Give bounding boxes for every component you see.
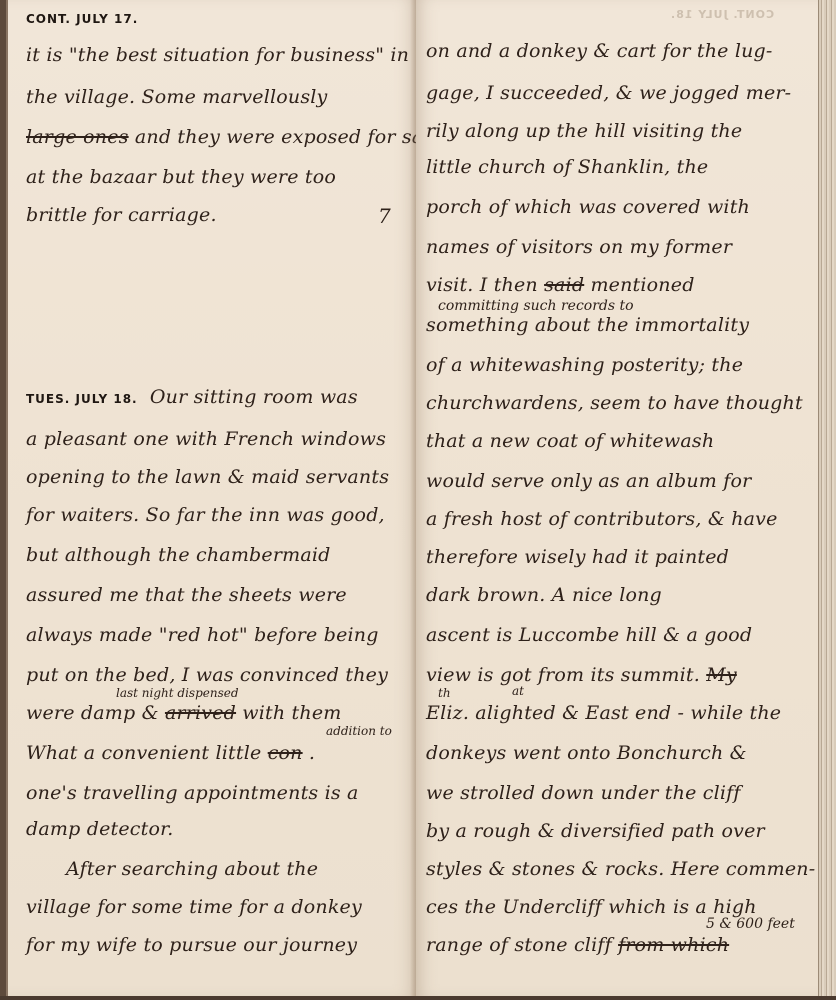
- text-line: village for some time for a donkey: [26, 896, 398, 918]
- text-fragment: .: [303, 742, 315, 764]
- text-line: ces the Undercliff which is a high: [426, 896, 800, 918]
- text-line: one's travelling appointments is a: [26, 782, 398, 804]
- text-line: a pleasant one with French windows: [26, 428, 398, 450]
- page-block-edge: [818, 0, 836, 1000]
- text-line-struck: visit. I then said mentioned: [426, 274, 800, 296]
- text-fragment: visit. I then: [426, 274, 544, 296]
- bleed-through-header: CONT. JULY 18.: [670, 8, 774, 21]
- interlinear-insertion: 5 & 600 feet: [706, 916, 795, 932]
- text-line-struck: What a convenient little con .: [26, 742, 398, 764]
- text-line: little church of Shanklin, the: [426, 156, 800, 178]
- text-line: by a rough & diversified path over: [426, 820, 800, 842]
- text-fragment: mentioned: [584, 274, 694, 296]
- text-line: always made "red hot" before being: [26, 624, 398, 646]
- entry-first-line: TUES. JULY 18. Our sitting room was: [26, 386, 398, 408]
- diary-spread: CONT. JULY 17. it is "the best situation…: [0, 0, 836, 1000]
- text-line: for waiters. So far the inn was good,: [26, 504, 398, 526]
- interlinear-insertion: at: [512, 684, 524, 698]
- text-fragment: with them: [236, 702, 341, 724]
- text-fragment: What a convenient little: [26, 742, 268, 764]
- text-fragment: range of stone cliff: [426, 934, 618, 956]
- text-line: would serve only as an album for: [426, 470, 800, 492]
- text-line: on and a donkey & cart for the lug-: [426, 40, 800, 62]
- text-line-struck: were damp & arrived with them: [26, 702, 398, 724]
- struck-text: con: [268, 742, 303, 764]
- text-line: donkeys went onto Bonchurch &: [426, 742, 800, 764]
- text-line: it is "the best situation for business" …: [26, 44, 398, 66]
- text-line: brittle for carriage.: [26, 204, 398, 226]
- text-line: that a new coat of whitewash: [426, 430, 800, 452]
- text-line: Eliz. alighted & East end - while the: [426, 702, 800, 724]
- text-line: rily along up the hill visiting the: [426, 120, 800, 142]
- text-line: the village. Some marvellously: [26, 86, 398, 108]
- page-number: 7: [378, 204, 391, 228]
- text-line: ascent is Luccombe hill & a good: [426, 624, 800, 646]
- text-line-struck: range of stone cliff from which: [426, 934, 800, 956]
- struck-text: said: [544, 274, 584, 296]
- text-line: therefore wisely had it painted: [426, 546, 800, 568]
- text-line: but although the chambermaid: [26, 544, 398, 566]
- text-fragment: Our sitting room was: [150, 386, 358, 408]
- text-fragment: were damp &: [26, 702, 165, 724]
- text-line: damp detector.: [26, 818, 398, 840]
- text-fragment: view is got from its summit.: [426, 664, 706, 686]
- text-fragment: and they were exposed for sale: [129, 126, 442, 148]
- superscript-th: th: [438, 686, 451, 700]
- interlinear-insertion: committing such records to: [438, 298, 634, 314]
- text-line: porch of which was covered with: [426, 196, 800, 218]
- text-line: styles & stones & rocks. Here commen-: [426, 858, 800, 880]
- entry-date-header: TUES. JULY 18.: [26, 392, 138, 406]
- text-line: names of visitors on my former: [426, 236, 800, 258]
- struck-text: My: [706, 664, 737, 686]
- text-line: put on the bed, I was convinced they: [26, 664, 398, 686]
- struck-text: from which: [618, 934, 729, 956]
- text-line: After searching about the: [26, 858, 398, 880]
- text-line: we strolled down under the cliff: [426, 782, 800, 804]
- text-line: assured me that the sheets were: [26, 584, 398, 606]
- left-page: CONT. JULY 17. it is "the best situation…: [6, 0, 416, 996]
- struck-text: large ones: [26, 126, 129, 148]
- text-line-struck: view is got from its summit. My: [426, 664, 800, 686]
- text-line: gage, I succeeded, & we jogged mer-: [426, 82, 800, 104]
- text-line: something about the immortality: [426, 314, 800, 336]
- right-page: CONT. JULY 18. on and a donkey & cart fo…: [416, 0, 818, 996]
- text-line: a fresh host of contributors, & have: [426, 508, 800, 530]
- text-line: for my wife to pursue our journey: [26, 934, 398, 956]
- text-line: opening to the lawn & maid servants: [26, 466, 398, 488]
- struck-text: arrived: [165, 702, 236, 724]
- left-page-header-line: CONT. JULY 17.: [26, 6, 398, 28]
- text-line: churchwardens, seem to have thought: [426, 392, 800, 414]
- interlinear-insertion: last night dispensed: [116, 686, 239, 700]
- interlinear-insertion: addition to: [326, 724, 392, 738]
- left-page-header: CONT. JULY 17.: [26, 12, 138, 26]
- text-line: at the bazaar but they were too: [26, 166, 398, 188]
- text-line: of a whitewashing posterity; the: [426, 354, 800, 376]
- text-line-struck: large ones and they were exposed for sal…: [26, 126, 398, 148]
- text-line: dark brown. A nice long: [426, 584, 800, 606]
- binding-bottom-edge: [0, 996, 836, 1000]
